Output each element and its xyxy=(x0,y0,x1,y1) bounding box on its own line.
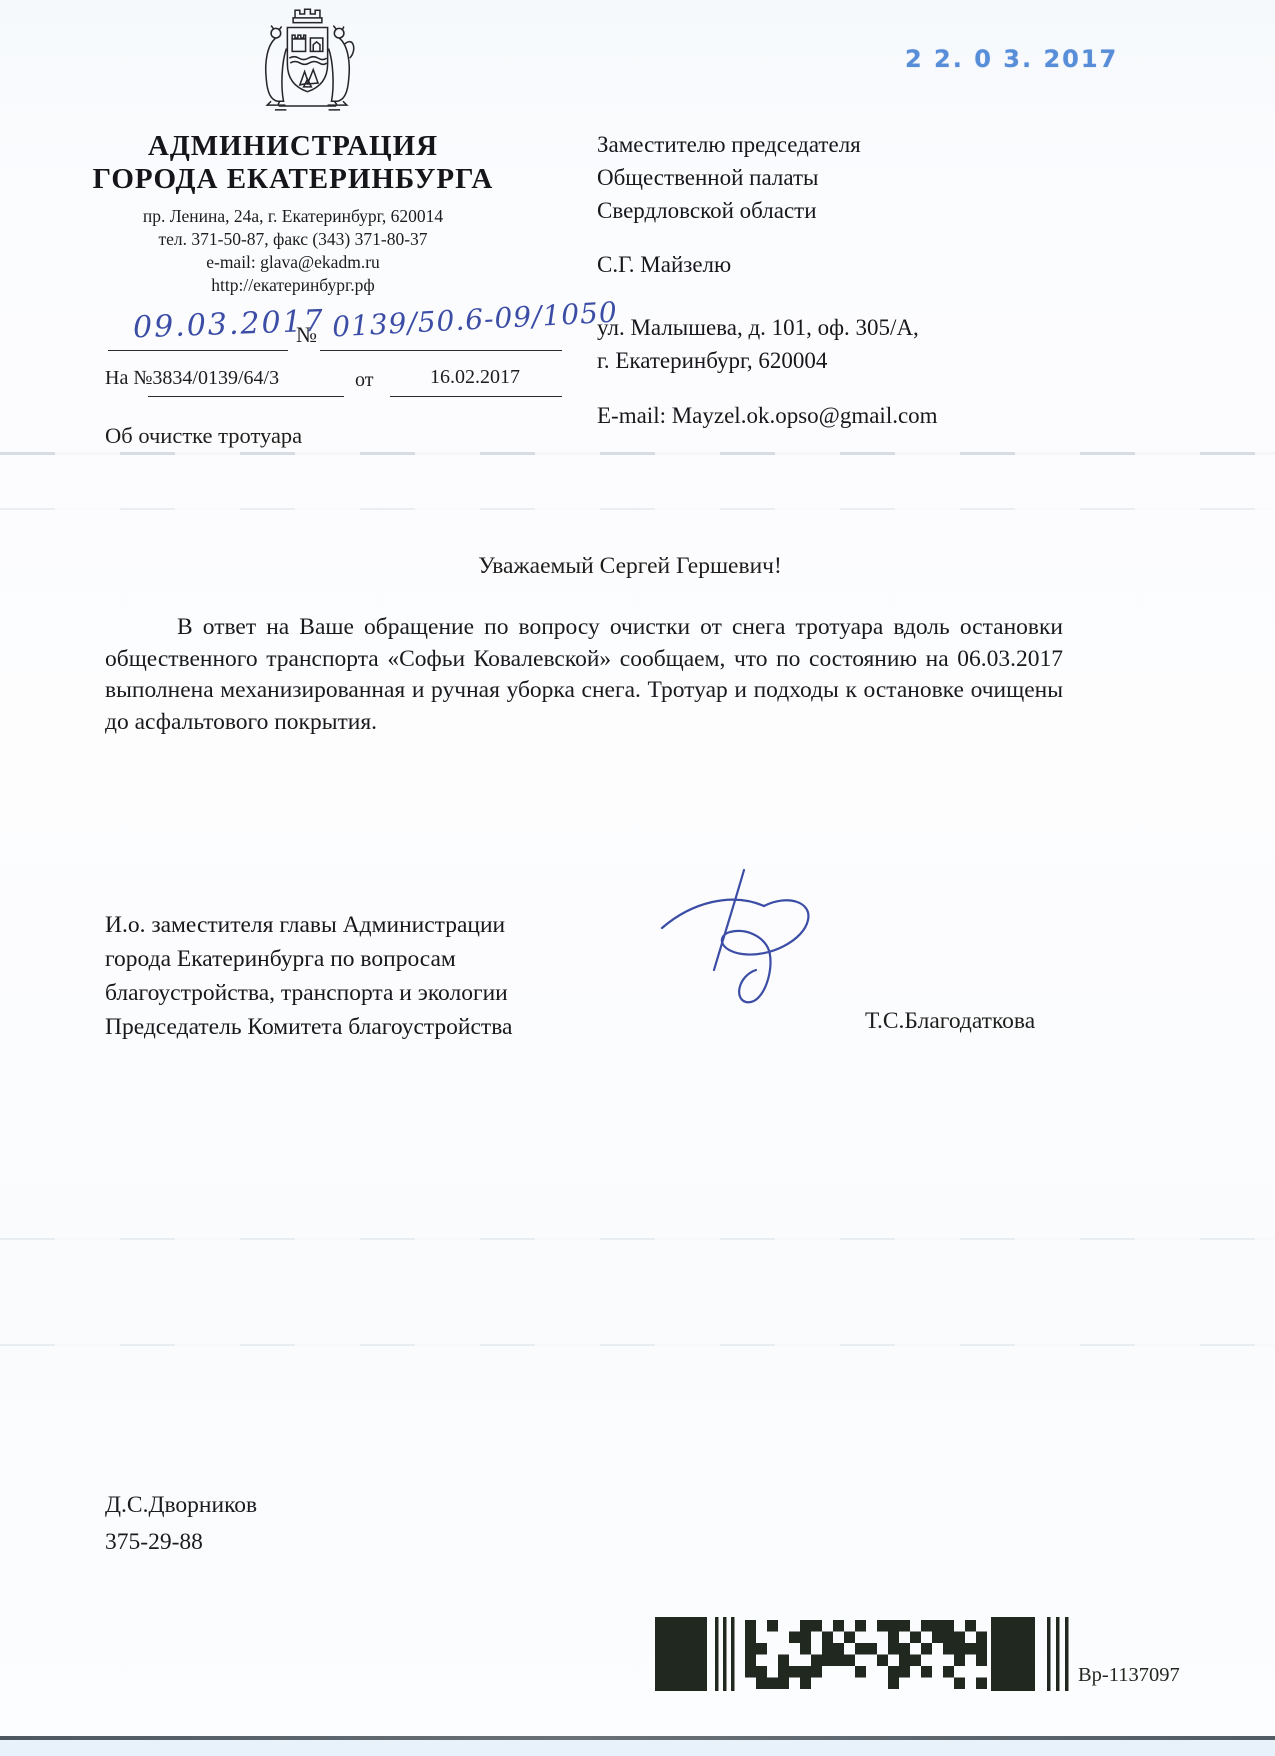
date-underline xyxy=(108,350,288,351)
document-barcode xyxy=(655,1617,1095,1691)
reply-label: На № xyxy=(105,367,152,389)
signer-title-line1: И.о. заместителя главы Администрации xyxy=(105,912,505,939)
salutation: Уважаемый Сергей Гершевич! xyxy=(130,553,1130,580)
org-postal-address: пр. Ленина, 24а, г. Екатеринбург, 620014 xyxy=(58,206,528,227)
addressee-address-line1: ул. Малышева, д. 101, оф. 305/А, xyxy=(597,315,919,341)
barcode-label: Вр-1137097 xyxy=(1078,1664,1180,1687)
handwritten-signature xyxy=(648,858,838,1018)
org-email: e-mail: glava@ekadm.ru xyxy=(58,252,528,273)
reply-number: 3834/0139/64/3 xyxy=(152,367,279,389)
org-phone-fax: тел. 371-50-87, факс (343) 371-80-37 xyxy=(58,229,528,250)
reply-date-underline xyxy=(390,396,562,397)
fold-crease-faint xyxy=(0,1238,1275,1240)
body-paragraph: В ответ на Ваше обращение по вопросу очи… xyxy=(105,612,1063,738)
org-name-line1: АДМИНИСТРАЦИЯ xyxy=(58,130,528,163)
addressee-position-line3: Свердловской области xyxy=(597,198,817,224)
outgoing-number-handwritten: 0139/50.6-09/1050 xyxy=(331,296,618,344)
executor-phone: 375-29-88 xyxy=(105,1529,203,1556)
addressee-address-line2: г. Екатеринбург, 620004 xyxy=(597,348,827,374)
addressee-name: С.Г. Майзелю xyxy=(597,252,731,278)
addressee-position-line2: Общественной палаты xyxy=(597,165,819,191)
executor-name: Д.С.Дворников xyxy=(105,1492,257,1519)
fold-crease-faint xyxy=(0,508,1275,510)
reply-number-underline xyxy=(148,396,344,397)
incoming-date-stamp: 2 2. 0 3. 2017 xyxy=(905,45,1118,73)
fold-crease-faint xyxy=(0,1344,1275,1346)
signer-title-line3: благоустройства, транспорта и экологии xyxy=(105,980,508,1007)
fold-crease xyxy=(0,452,1275,455)
number-sign: № xyxy=(296,322,317,348)
number-underline xyxy=(320,350,562,351)
addressee-email: E-mail: Mayzel.ok.opso@gmail.com xyxy=(597,403,938,429)
reply-date: 16.02.2017 xyxy=(390,366,560,389)
reply-reference-label: На №3834/0139/64/3 xyxy=(105,367,279,390)
scan-background-strip xyxy=(0,1740,1275,1756)
org-name-line2: ГОРОДА ЕКАТЕРИНБУРГА xyxy=(58,163,528,196)
signer-title-line4: Председатель Комитета благоустройства xyxy=(105,1014,512,1041)
from-label: от xyxy=(355,369,373,392)
addressee-position-line1: Заместителю председателя xyxy=(597,132,861,158)
subject-line: Об очистке тротуара xyxy=(105,423,302,449)
signer-name: Т.С.Благодаткова xyxy=(865,1008,1035,1035)
signer-title-line2: города Екатеринбурга по вопросам xyxy=(105,946,456,973)
scanned-letter-page: 2 2. 0 3. 2017 АДМИНИСТРАЦИЯ ГОРОДА ЕКАТ… xyxy=(0,0,1275,1736)
org-website: http://екатеринбург.рф xyxy=(58,275,528,296)
yekaterinburg-coat-of-arms-icon xyxy=(250,6,365,116)
